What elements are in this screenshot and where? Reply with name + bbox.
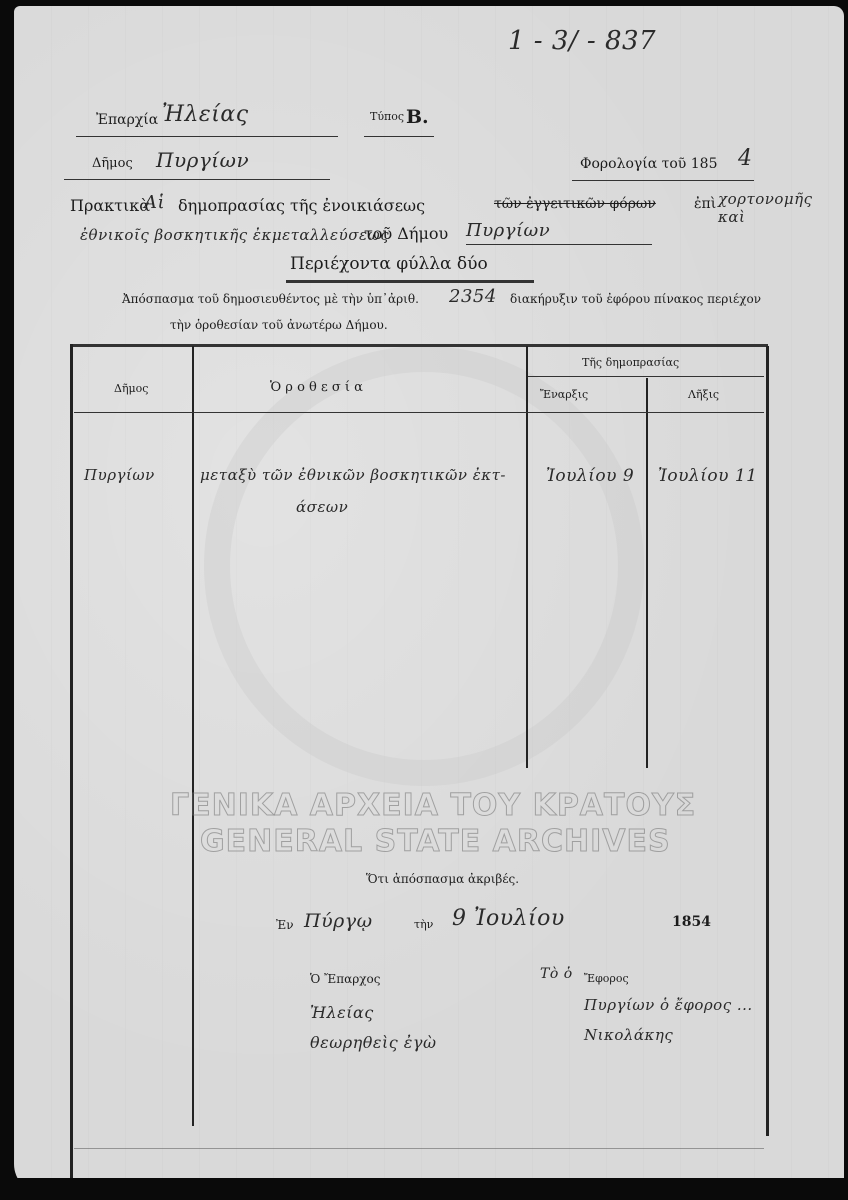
- title-handwritten-end: χορτονομῆς καὶ: [718, 190, 844, 226]
- taxation-year-suffix: 4: [738, 146, 753, 171]
- province-label: Ἐπαρχία: [96, 112, 158, 128]
- row-end: Ἰουλίου 11: [658, 466, 757, 486]
- col-header-boundaries: Ὁ ρ ο θ ε σ ί α: [270, 380, 363, 395]
- excerpt-number: 2354: [449, 286, 497, 307]
- table-col-divider-1: [192, 346, 194, 1126]
- taxation-underline: [572, 180, 754, 181]
- watermark-english: GENERAL STATE ARCHIVES: [200, 824, 671, 859]
- tax-officer-label: Ἔφορος: [584, 972, 629, 985]
- table-left-border: [70, 344, 73, 1180]
- table-top-border: [70, 344, 768, 347]
- pages-note: Περιέχοντα φύλλα δύο: [290, 254, 488, 274]
- province-underline: [76, 136, 338, 137]
- type-value: Β.: [406, 106, 429, 128]
- prefect-signature: Ἠλείας θεωρηθεὶς ἐγὼ: [310, 998, 450, 1058]
- col-header-auction: Τῆς δημοπρασίας: [582, 356, 679, 369]
- scan-edge-shadow: [0, 1178, 848, 1200]
- title-main: δημοπρασίας τῆς ἐνοικιάσεως: [178, 196, 425, 215]
- type-underline: [364, 136, 434, 137]
- row-boundaries-cont: άσεων: [296, 498, 348, 516]
- watermark-greek: ΓΕΝΙΚΑ ΑΡΧΕΙΑ ΤΟΥ ΚΡΑΤΟΥΣ: [170, 788, 696, 823]
- title-line2-handwritten: ἐθνικοῖς βοσκητικῆς ἐκμεταλλεύσεως: [80, 226, 389, 244]
- title-epi: ἐπὶ: [694, 196, 716, 212]
- excerpt-suffix: διακήρυξιν τοῦ ἐφόρου πίνακος περιέχον: [510, 292, 761, 306]
- place-value: Πύργῳ: [304, 910, 373, 932]
- title-struck-text: τῶν ἐγγειτικῶν φόρων: [494, 196, 656, 212]
- table-col-divider-2: [526, 346, 528, 768]
- row-start: Ἰουλίου 9: [546, 466, 634, 486]
- municipality-value: Πυργίων: [156, 148, 249, 172]
- certification-text: Ὅτι ἀπόσπασμα ἀκριβές.: [366, 872, 519, 886]
- excerpt-prefix: Ἀπόσπασμα τοῦ δημοσιευθέντος μὲ τὴν ὑπ᾽ἀ…: [122, 292, 419, 306]
- province-value: Ἠλείας: [162, 102, 249, 127]
- auction-group-underline: [528, 376, 764, 377]
- title-prefix: Πρακτικὰ: [70, 196, 150, 215]
- prefect-label: Ὁ Ἔπαρχος: [310, 972, 381, 986]
- col-header-municipality: Δῆμος: [114, 382, 148, 395]
- col-header-start: Ἔναρξις: [540, 388, 588, 401]
- excerpt-line2: τὴν ὁροθεσίαν τοῦ ἀνωτέρω Δήμου.: [170, 318, 388, 332]
- title-line2-of-municipality: τοῦ Δήμου: [364, 224, 448, 243]
- place-label: Ἐν: [276, 918, 294, 932]
- tax-officer-signature: Πυργίων ὁ ἔφορος ... Νικολάκης: [584, 990, 784, 1050]
- date-label: τὴν: [414, 918, 433, 931]
- row-boundaries: μεταξὺ τῶν ἐθνικῶν βοσκητικῶν ἐκτ-: [200, 466, 506, 484]
- title-line2-underline: [466, 244, 652, 245]
- title-line2-municipality: Πυργίων: [466, 220, 550, 241]
- table-bottom-border: [74, 1148, 764, 1149]
- municipality-underline: [64, 179, 330, 180]
- year: 1854: [672, 914, 711, 930]
- col-header-end: Λῆξις: [688, 388, 719, 401]
- date-value: 9 Ἰουλίου: [452, 906, 565, 931]
- pages-note-underline: [286, 280, 534, 283]
- document-page: 1 - 3/ - 837 Ἐπαρχία Ἠλείας Τύπος Β. Δῆμ…: [14, 6, 844, 1194]
- type-label: Τύπος: [370, 110, 404, 123]
- tax-officer-prefix: Τὸ ὁ: [540, 966, 573, 982]
- archive-reference: 1 - 3/ - 837: [508, 26, 656, 56]
- municipality-label: Δῆμος: [92, 156, 133, 171]
- taxation-label: Φορολογία τοῦ 185: [580, 156, 717, 172]
- row-municipality: Πυργίων: [84, 466, 155, 484]
- title-handwritten-1: Αἱ: [144, 192, 165, 213]
- table-col-divider-3: [646, 378, 648, 768]
- table-header-bottom: [74, 412, 764, 413]
